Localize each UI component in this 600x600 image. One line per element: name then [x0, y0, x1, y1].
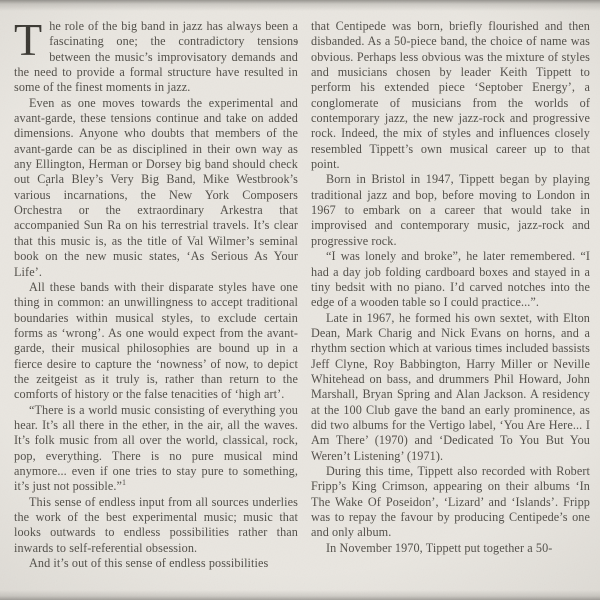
paragraph: During this time, Tippett also recorded … [311, 464, 590, 541]
paragraph: All these bands with their disparate sty… [14, 280, 298, 403]
footnote-ref: 1 [122, 478, 126, 487]
paragraph-text: Late in 1967, he formed his own sextet, … [311, 311, 590, 463]
paragraph-text: In November 1970, Tippett put together a… [326, 541, 552, 555]
paragraph-text: During this time, Tippett also recorded … [311, 464, 590, 539]
paragraph: Even as one moves towards the experiment… [14, 96, 298, 280]
paragraph: Late in 1967, he formed his own sextet, … [311, 311, 590, 464]
paragraph: “There is a world music consisting of ev… [14, 403, 298, 495]
paragraph-text: And it’s out of this sense of endless po… [29, 556, 268, 570]
paragraph-text: he role of the big band in jazz has alwa… [14, 19, 298, 94]
paragraph: The role of the big band in jazz has alw… [14, 19, 298, 96]
paragraph: Born in Bristol in 1947, Tippett began b… [311, 172, 590, 249]
text-column-left: The role of the big band in jazz has alw… [14, 19, 298, 571]
paragraph-text: This sense of endless input from all sou… [14, 495, 298, 555]
paragraph: And it’s out of this sense of endless po… [14, 556, 298, 571]
paragraph: This sense of endless input from all sou… [14, 495, 298, 556]
paragraph-text: “There is a world music consisting of ev… [14, 403, 298, 494]
paragraph-text: Born in Bristol in 1947, Tippett began b… [311, 172, 590, 247]
paragraph: that Centipede was born, briefly flouris… [311, 19, 590, 172]
drop-cap: T [14, 19, 49, 59]
paragraph-text: All these bands with their disparate sty… [14, 280, 298, 401]
paragraph-text: Even as one moves towards the experiment… [14, 96, 298, 279]
text-column-right: that Centipede was born, briefly flouris… [311, 19, 590, 556]
paragraph: “I was lonely and broke”, he later remem… [311, 249, 590, 310]
paragraph-text: “I was lonely and broke”, he later remem… [311, 249, 590, 309]
paragraph: In November 1970, Tippett put together a… [311, 541, 590, 556]
paragraph-text: that Centipede was born, briefly flouris… [311, 19, 590, 171]
scanned-page: The role of the big band in jazz has alw… [0, 0, 600, 600]
